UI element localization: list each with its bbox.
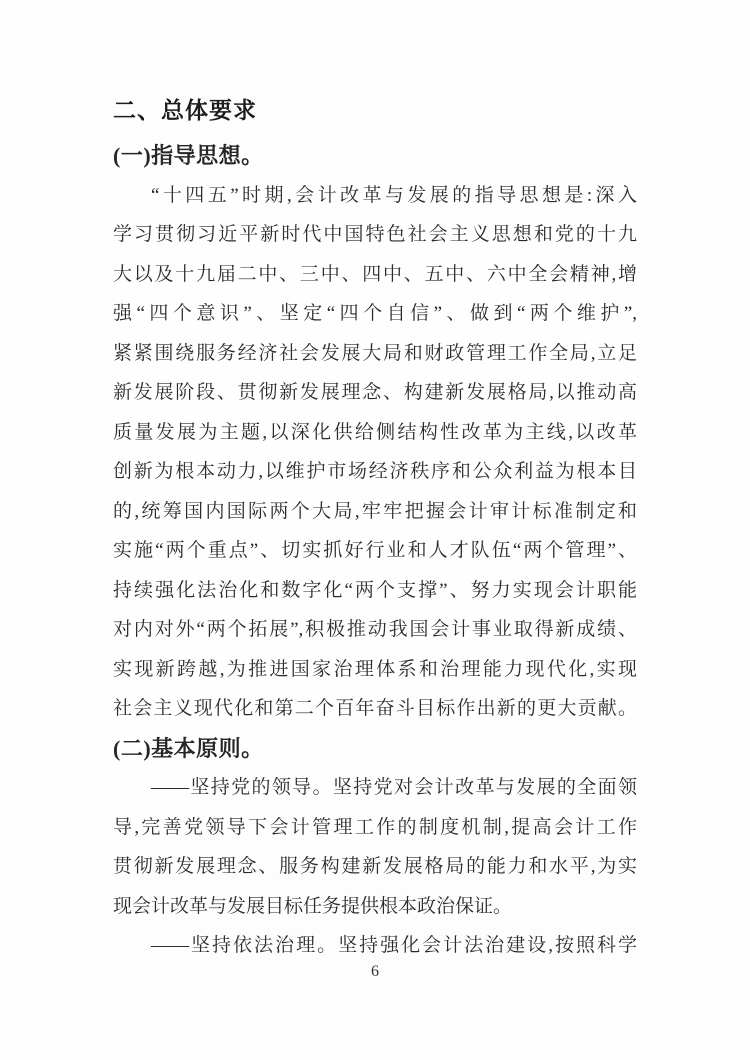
paragraph-line: 对内对外“两个拓展”,积极推动我国会计事业取得新成绩、 bbox=[113, 610, 637, 650]
paragraph-line: 实现新跨越,为推进国家治理体系和治理能力现代化,实现 bbox=[113, 650, 637, 690]
paragraph-line: 实施“两个重点”、切实抓好行业和人才队伍“两个管理”、 bbox=[113, 531, 637, 571]
page-number: 6 bbox=[0, 963, 750, 981]
paragraph-line: 紧紧围绕服务经济社会发展大局和财政管理工作全局,立足 bbox=[113, 334, 637, 374]
document-page: 二、总体要求 (一)指导思想。“十四五”时期,会计改革与发展的指导思想是:深入学… bbox=[0, 0, 750, 1060]
document-body: 二、总体要求 (一)指导思想。“十四五”时期,会计改革与发展的指导思想是:深入学… bbox=[113, 90, 637, 966]
paragraph-line: “十四五”时期,会计改革与发展的指导思想是:深入 bbox=[113, 176, 637, 216]
paragraph-line: 学习贯彻习近平新时代中国特色社会主义思想和党的十九 bbox=[113, 215, 637, 255]
paragraph-line: 现会计改革与发展目标任务提供根本政治保证。 bbox=[113, 887, 637, 927]
paragraph-line: ——坚持党的领导。坚持党对会计改革与发展的全面领 bbox=[113, 768, 637, 808]
section-heading: 二、总体要求 bbox=[113, 90, 637, 130]
paragraph-line: 导,完善党领导下会计管理工作的制度机制,提高会计工作 bbox=[113, 808, 637, 848]
paragraph-line: 的,统筹国内国际两个大局,牢牢把握会计审计标准制定和 bbox=[113, 492, 637, 532]
paragraph-line: 强“四个意识”、坚定“四个自信”、做到“两个维护”, bbox=[113, 294, 637, 334]
paragraph-line: 持续强化法治化和数字化“两个支撑”、努力实现会计职能 bbox=[113, 571, 637, 611]
paragraph-line: 创新为根本动力,以维护市场经济秩序和公众利益为根本目 bbox=[113, 452, 637, 492]
paragraph-line: 新发展阶段、贯彻新发展理念、构建新发展格局,以推动高 bbox=[113, 373, 637, 413]
paragraph-line: ——坚持依法治理。坚持强化会计法治建设,按照科学 bbox=[113, 926, 637, 966]
paragraph-line: 大以及十九届二中、三中、四中、五中、六中全会精神,增 bbox=[113, 255, 637, 295]
paragraph-line: 贯彻新发展理念、服务构建新发展格局的能力和水平,为实 bbox=[113, 847, 637, 887]
paragraph-line: 社会主义现代化和第二个百年奋斗目标作出新的更大贡献。 bbox=[113, 689, 637, 729]
section-subheading: (一)指导思想。 bbox=[113, 136, 637, 176]
section-subheading: (二)基本原则。 bbox=[113, 729, 637, 769]
document-blocks: (一)指导思想。“十四五”时期,会计改革与发展的指导思想是:深入学习贯彻习近平新… bbox=[113, 136, 637, 966]
paragraph-line: 质量发展为主题,以深化供给侧结构性改革为主线,以改革 bbox=[113, 413, 637, 453]
